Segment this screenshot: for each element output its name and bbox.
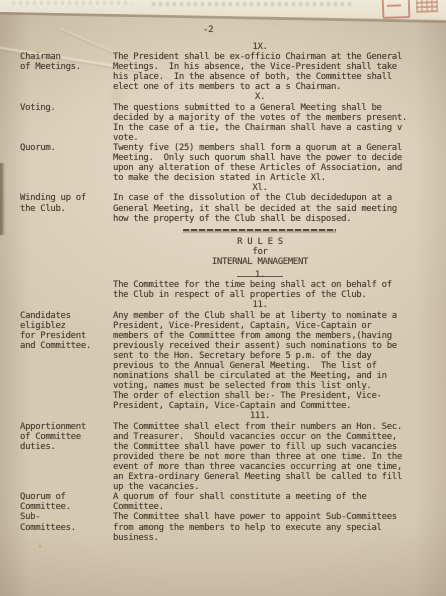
rules-heading-name: INTERNAL MANAGEMENT (113, 257, 407, 267)
rule-body-committee-properties: The Committee for the time being shall a… (113, 280, 407, 300)
rules-subtitle: for (113, 247, 407, 257)
article-label-quorum: Quorum. (20, 143, 113, 183)
article-body-voting: The questions submitted to a General Mee… (113, 103, 407, 143)
rule-body-apportionment: The Committee shall elect from their num… (113, 422, 407, 493)
rule-label-candidates: Candidates eligiblez for President and C… (20, 311, 113, 412)
article-numeral-x: X. (113, 92, 407, 102)
rule-label-sub-committees: Sub- Committees. (20, 512, 113, 542)
scanned-document-page: -2 1X. Chairman of Meetings. The Preside… (0, 0, 446, 596)
rule-body-candidates: Any member of the Club shall be at liber… (113, 311, 407, 412)
rules-title: R U L E S (113, 237, 407, 247)
bleed-through-marks (152, 2, 352, 6)
rule-label-apportionment: Apportionment of Committee duties. (20, 422, 113, 493)
article-label-chairman: Chairman of Meetings. (20, 52, 113, 92)
rule-label-quorum-of-committee: Quorum of Committee. (20, 492, 113, 512)
article-body-winding-up: In case of the dissolution of the Club d… (113, 193, 407, 223)
article-label-winding-up: Winding up of the Club. (20, 193, 113, 223)
article-body-quorum: Twenty five (25) members shall form a qu… (113, 143, 407, 183)
seal-outline (382, 0, 411, 19)
page-number: -2 (203, 25, 213, 35)
section-divider (183, 229, 336, 231)
red-seal-stamp-icon (382, 0, 441, 19)
bleed-through-marks (12, 1, 132, 5)
rule-body-quorum-of-committee: A quorum of four shall constitute a meet… (113, 492, 407, 512)
article-numeral-xi: Xl. (113, 183, 407, 193)
rule-numeral-111: 111. (113, 411, 407, 421)
rule-numeral-1: 1. (113, 270, 407, 280)
document-body: 1X. Chairman of Meetings. The President … (20, 42, 402, 543)
article-label-voting: Voting. (20, 103, 113, 143)
rule-body-sub-committees: The Committee shall have power to appoin… (113, 512, 407, 542)
rule-numeral-11: 11. (113, 300, 407, 310)
article-numeral-ix: 1X. (113, 42, 407, 52)
article-body-chairman: The President shall be ex-officio Chairm… (113, 52, 407, 92)
seal-glyphs (416, 0, 439, 13)
photo-edge-shadow (0, 163, 5, 235)
